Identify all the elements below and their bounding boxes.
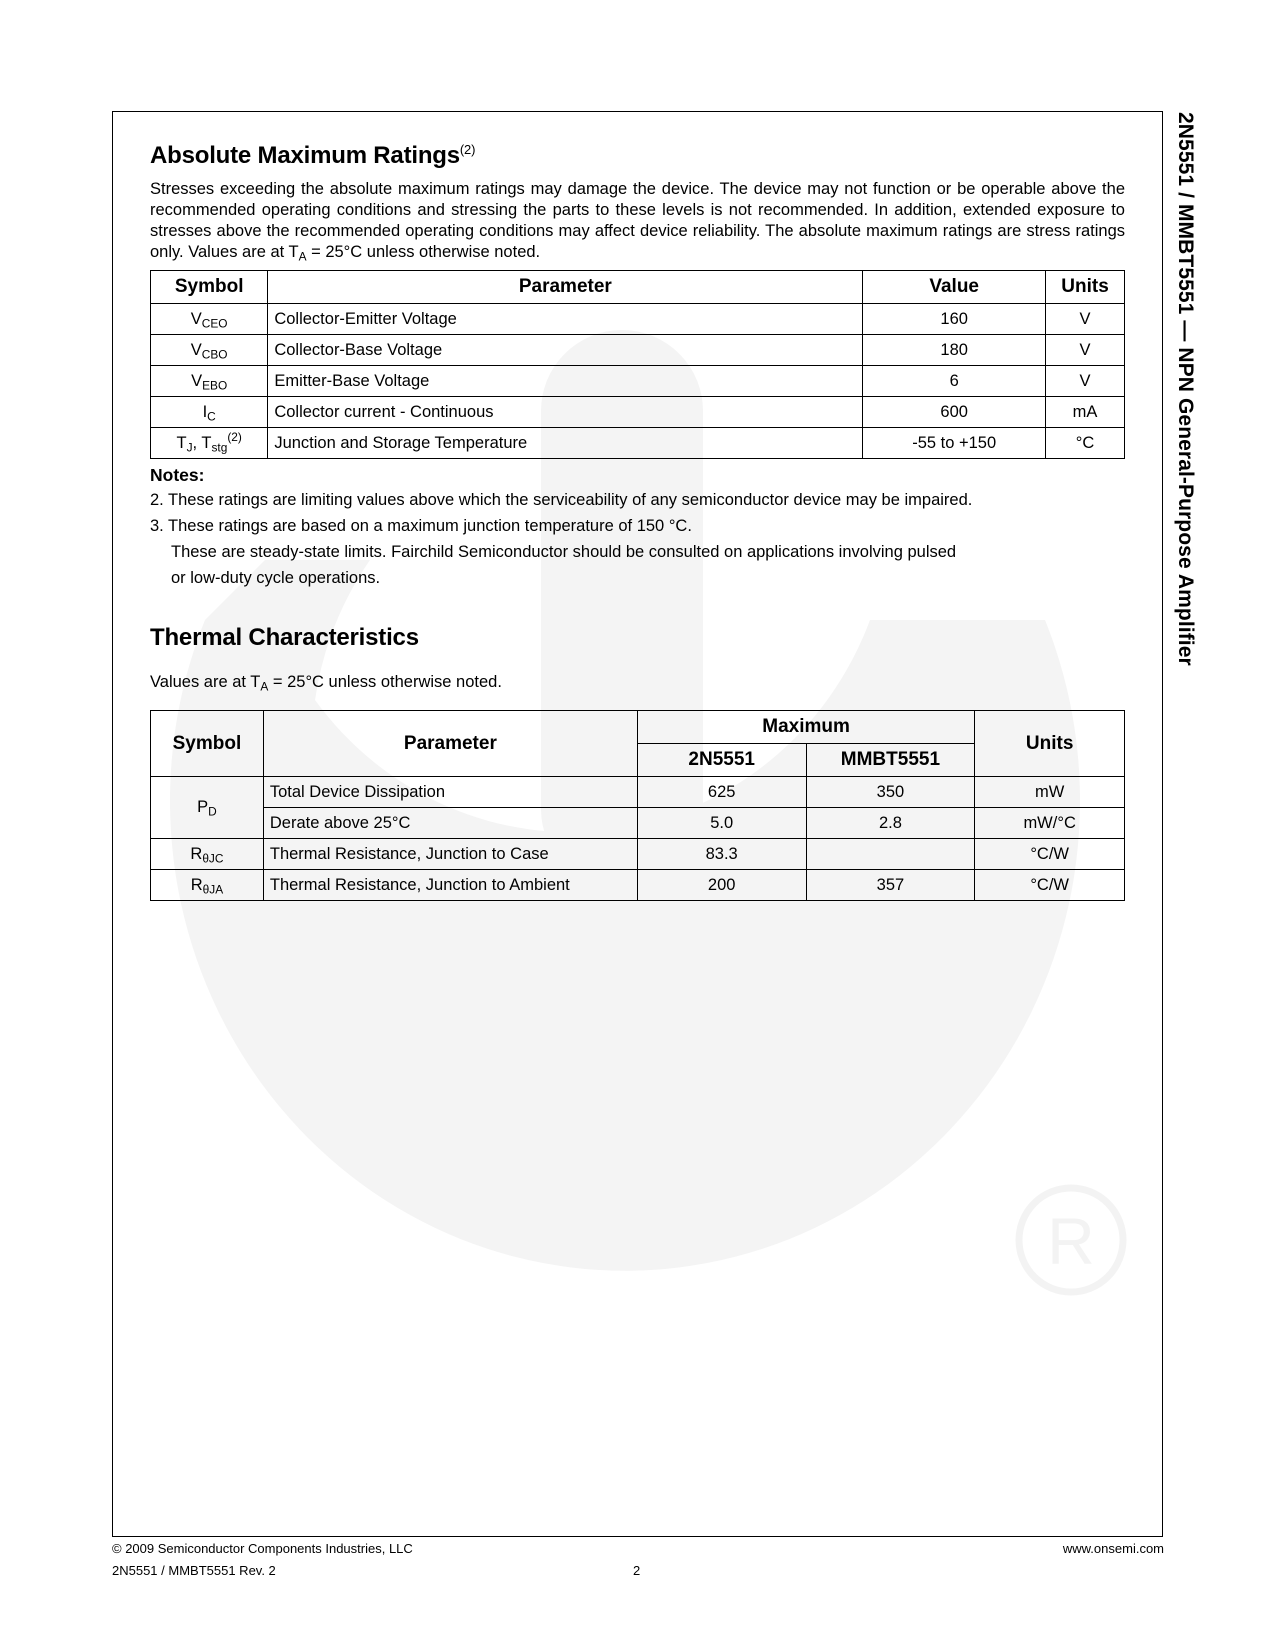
table-row: RθJAThermal Resistance, Junction to Ambi… bbox=[151, 870, 1125, 901]
symbol-text: T bbox=[176, 434, 186, 452]
symbol-text: R bbox=[191, 876, 203, 894]
cell-symbol: TJ, Tstg(2) bbox=[151, 428, 268, 459]
cell-symbol: VCBO bbox=[151, 335, 268, 366]
cell-parameter: Collector-Base Voltage bbox=[268, 335, 863, 366]
footnote-ref: (2) bbox=[227, 429, 242, 443]
abs-max-intro: Stresses exceeding the absolute maximum … bbox=[150, 179, 1125, 263]
intro-text: Stresses exceeding the absolute maximum … bbox=[150, 180, 1125, 261]
section-title-absolute-max: Absolute Maximum Ratings(2) bbox=[150, 142, 475, 170]
cell-symbol: RθJC bbox=[151, 839, 264, 870]
cell-units: V bbox=[1046, 335, 1125, 366]
note-item: 3. These ratings are based on a maximum … bbox=[150, 513, 972, 539]
cell-symbol: PD bbox=[151, 777, 264, 839]
symbol-sub: θJA bbox=[203, 882, 223, 896]
intro-text-end: = 25°C unless otherwise noted. bbox=[307, 243, 541, 261]
cell-units: mW/°C bbox=[975, 808, 1125, 839]
thermal-subtitle: Values are at TA = 25°C unless otherwise… bbox=[150, 673, 502, 692]
col-header-maximum: Maximum bbox=[637, 711, 974, 744]
col-header-symbol: Symbol bbox=[151, 271, 268, 304]
cell-parameter: Total Device Dissipation bbox=[263, 777, 637, 808]
symbol-sub: CBO bbox=[202, 347, 228, 361]
cell-mmbt5551: 357 bbox=[806, 870, 975, 901]
cell-symbol: VCEO bbox=[151, 304, 268, 335]
section-title-thermal: Thermal Characteristics bbox=[150, 624, 419, 652]
cell-mmbt5551: 2.8 bbox=[806, 808, 975, 839]
cell-units: mW bbox=[975, 777, 1125, 808]
cell-parameter: Junction and Storage Temperature bbox=[268, 428, 863, 459]
footnote-ref: (2) bbox=[460, 142, 475, 157]
symbol-sub: θJC bbox=[202, 851, 223, 865]
cell-units: °C/W bbox=[975, 870, 1125, 901]
thermal-subtitle-end: = 25°C unless otherwise noted. bbox=[268, 673, 502, 691]
cell-2n5551: 5.0 bbox=[637, 808, 806, 839]
footer-website-link[interactable]: www.onsemi.com bbox=[1063, 1541, 1164, 1556]
note-item: 2. These ratings are limiting values abo… bbox=[150, 487, 972, 513]
side-title: 2N5551 / MMBT5551 — NPN General-Purpose … bbox=[1173, 112, 1197, 666]
cell-units: V bbox=[1046, 366, 1125, 397]
table-row: Derate above 25°C5.02.8mW/°C bbox=[151, 808, 1125, 839]
cell-symbol: RθJA bbox=[151, 870, 264, 901]
symbol-sub: CEO bbox=[202, 316, 228, 330]
cell-value: 180 bbox=[863, 335, 1046, 366]
section-title-text: Absolute Maximum Ratings bbox=[150, 142, 460, 169]
thermal-subtitle-text: Values are at T bbox=[150, 673, 260, 691]
symbol-sub: C bbox=[207, 409, 216, 423]
cell-value: -55 to +150 bbox=[863, 428, 1046, 459]
col-header-mmbt5551: MMBT5551 bbox=[806, 744, 975, 777]
table-row: ICCollector current - Continuous600mA bbox=[151, 397, 1125, 428]
table-row: PDTotal Device Dissipation625350mW bbox=[151, 777, 1125, 808]
col-header-symbol: Symbol bbox=[151, 711, 264, 777]
table-row: RθJCThermal Resistance, Junction to Case… bbox=[151, 839, 1125, 870]
footer-copyright: © 2009 Semiconductor Components Industri… bbox=[112, 1541, 413, 1556]
col-header-units: Units bbox=[1046, 271, 1125, 304]
abs-max-table: Symbol Parameter Value Units VCEOCollect… bbox=[150, 270, 1125, 459]
cell-units: V bbox=[1046, 304, 1125, 335]
cell-units: °C bbox=[1046, 428, 1125, 459]
table-row: VEBOEmitter-Base Voltage6V bbox=[151, 366, 1125, 397]
cell-parameter: Thermal Resistance, Junction to Ambient bbox=[263, 870, 637, 901]
footer-page-number: 2 bbox=[633, 1563, 640, 1578]
cell-parameter: Collector-Emitter Voltage bbox=[268, 304, 863, 335]
col-header-units: Units bbox=[975, 711, 1125, 777]
cell-mmbt5551 bbox=[806, 839, 975, 870]
symbol-sub: D bbox=[208, 805, 217, 819]
cell-parameter: Thermal Resistance, Junction to Case bbox=[263, 839, 637, 870]
table-header-row: Symbol Parameter Value Units bbox=[151, 271, 1125, 304]
table-row: VCEOCollector-Emitter Voltage160V bbox=[151, 304, 1125, 335]
symbol-text: R bbox=[190, 845, 202, 863]
symbol-text: V bbox=[191, 310, 202, 328]
symbol-text: V bbox=[191, 372, 202, 390]
cell-value: 160 bbox=[863, 304, 1046, 335]
cell-value: 600 bbox=[863, 397, 1046, 428]
col-header-parameter: Parameter bbox=[263, 711, 637, 777]
footer-doc-rev: 2N5551 / MMBT5551 Rev. 2 bbox=[112, 1563, 276, 1578]
symbol-text: V bbox=[191, 341, 202, 359]
symbol-text: P bbox=[197, 798, 208, 816]
cell-units: mA bbox=[1046, 397, 1125, 428]
symbol-sub: stg bbox=[211, 440, 227, 454]
cell-parameter: Collector current - Continuous bbox=[268, 397, 863, 428]
table-header-row: Symbol Parameter Maximum Units bbox=[151, 711, 1125, 744]
symbol-sub: EBO bbox=[202, 378, 227, 392]
cell-parameter: Derate above 25°C bbox=[263, 808, 637, 839]
notes: Notes: 2. These ratings are limiting val… bbox=[150, 463, 972, 591]
cell-value: 6 bbox=[863, 366, 1046, 397]
col-header-value: Value bbox=[863, 271, 1046, 304]
cell-2n5551: 625 bbox=[637, 777, 806, 808]
table-row: TJ, Tstg(2)Junction and Storage Temperat… bbox=[151, 428, 1125, 459]
cell-parameter: Emitter-Base Voltage bbox=[268, 366, 863, 397]
notes-heading: Notes: bbox=[150, 463, 972, 487]
cell-2n5551: 83.3 bbox=[637, 839, 806, 870]
cell-mmbt5551: 350 bbox=[806, 777, 975, 808]
col-header-2n5551: 2N5551 bbox=[637, 744, 806, 777]
thermal-table: Symbol Parameter Maximum Units 2N5551 MM… bbox=[150, 710, 1125, 901]
col-header-parameter: Parameter bbox=[268, 271, 863, 304]
table-row: VCBOCollector-Base Voltage180V bbox=[151, 335, 1125, 366]
note-item: These are steady-state limits. Fairchild… bbox=[150, 539, 972, 565]
cell-symbol: VEBO bbox=[151, 366, 268, 397]
cell-symbol: IC bbox=[151, 397, 268, 428]
symbol-sep: , T bbox=[193, 434, 212, 452]
cell-units: °C/W bbox=[975, 839, 1125, 870]
note-item: or low-duty cycle operations. bbox=[150, 565, 972, 591]
intro-sub: A bbox=[299, 250, 307, 264]
cell-2n5551: 200 bbox=[637, 870, 806, 901]
